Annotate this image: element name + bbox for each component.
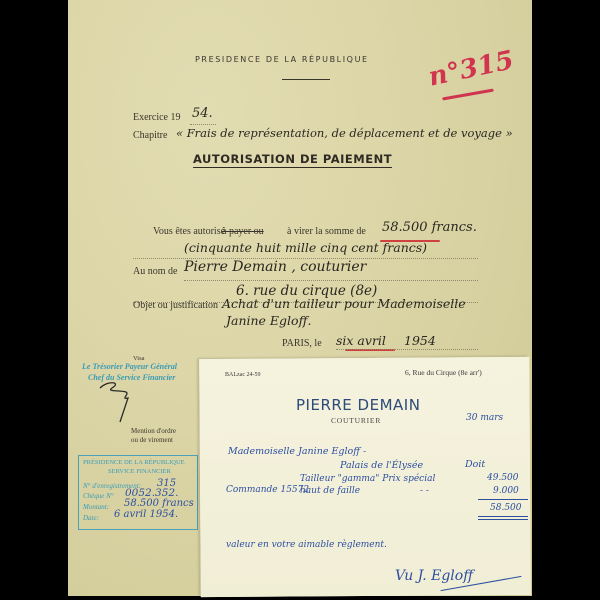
stamp-line1: PRÉSIDENCE DE LA RÉPUBLIQUE <box>83 459 185 466</box>
date-year: 1954 <box>404 333 436 348</box>
exercice-value: 54. <box>192 106 213 121</box>
stamp-montant-label: Montant: <box>83 503 109 511</box>
objet-label: Objet ou justification <box>133 300 218 311</box>
invoice-total: 58.500 <box>490 503 522 513</box>
invoice-phone: BALzac 24-59 <box>225 372 261 378</box>
invoice-commande: Commande 15572 <box>226 485 309 495</box>
document-title: AUTORISATION DE PAIEMENT <box>193 152 392 168</box>
date-value: six avril <box>336 333 386 348</box>
stamp-line2: SERVICE FINANCIER <box>108 468 171 475</box>
au-nom-line <box>184 280 478 281</box>
mention-line2: ou de virement <box>131 436 173 444</box>
stamp-montant-value: 58.500 francs <box>124 498 194 509</box>
invoice-closing: valeur en votre aimable règlement. <box>226 540 387 550</box>
invoice-subtotal-rule <box>478 499 528 500</box>
invoice-address: 6, Rue du Cirque (8e arr') <box>405 368 482 377</box>
invoice-client-address: Palais de l'Élysée <box>340 460 423 471</box>
invoice-item2-amount: 9.000 <box>493 486 519 496</box>
invoice-signature: Vu J. Egloff <box>395 568 473 584</box>
objet-value-line1: Achat d'un tailleur pour Mademoiselle <box>222 296 466 311</box>
invoice-total-rule-2 <box>478 519 528 520</box>
invoice-doit: Doit <box>465 459 485 470</box>
exercice-line <box>190 124 216 125</box>
invoice-item2-dash: - - <box>420 486 429 496</box>
exercice-label: Exercice 19 <box>133 112 180 123</box>
objet-value-line2: Janine Egloff. <box>226 313 311 328</box>
chapitre-value: « Frais de représentation, de déplacemen… <box>176 126 513 140</box>
stamp-date-label: Date: <box>83 514 99 522</box>
visa-line1: Le Trésorier Payeur Général <box>82 362 177 371</box>
amount-words: (cinquante huit mille cinq cent francs) <box>184 240 427 255</box>
amount-value: 58.500 francs. <box>382 220 477 235</box>
invoice-item2-label: haut de faille <box>300 486 360 496</box>
visa-label: Visa <box>133 355 145 362</box>
date-prefix: PARIS, le <box>282 338 322 349</box>
invoice-total-rule-1 <box>478 516 528 517</box>
stamp-date-value: 6 avril 1954. <box>114 509 178 520</box>
invoice-subtitle: COUTURIER <box>331 416 381 425</box>
header-divider <box>282 79 330 80</box>
date-line <box>336 349 478 350</box>
stamp-cheque-label: Chèque N° <box>83 492 114 500</box>
authorization-prefix: Vous êtes autorisé <box>153 226 225 237</box>
mention-line1: Mention d'ordre <box>131 427 176 435</box>
treasurer-signature-icon <box>98 380 148 425</box>
invoice-client: Mademoiselle Janine Egloff - <box>228 446 366 457</box>
invoice-item1-label: Tailleur "gamma" Prix spécial <box>300 474 435 484</box>
au-nom-label: Au nom de <box>133 266 177 277</box>
authorization-struck: à payer ou <box>222 226 264 237</box>
chapitre-label: Chapitre <box>133 130 167 141</box>
au-nom-value: Pierre Demain , couturier <box>184 259 366 275</box>
invoice-brand: PIERRE DEMAIN <box>296 396 420 414</box>
invoice-date: 30 mars <box>466 413 503 423</box>
authorization-mid: à virer la somme de <box>287 226 366 237</box>
invoice-item1-amount: 49.500 <box>487 473 519 483</box>
header-title: PRESIDENCE DE LA RÉPUBLIQUE <box>195 55 369 64</box>
